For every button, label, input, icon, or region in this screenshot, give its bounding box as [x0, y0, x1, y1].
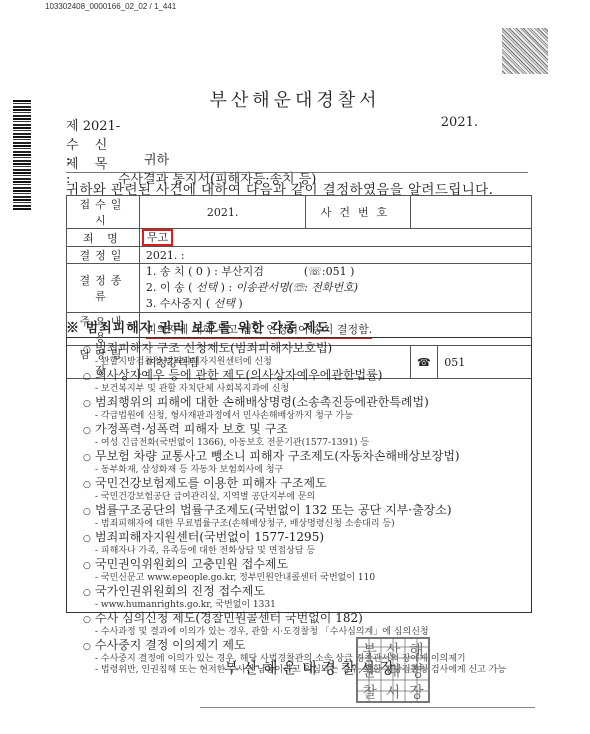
list-item: ○국민권익위원회의 고충민원 접수제도- 국민신문고 www.epeople.g… — [83, 558, 531, 584]
decision-date-value: 2021. : — [139, 247, 531, 264]
decision-date-label: 결정일 — [67, 247, 140, 264]
charge-value: 무고 — [142, 229, 173, 246]
number-value: 2021- — [83, 119, 120, 134]
received-value: 2021. — [139, 196, 306, 229]
list-item: ○국민건강보험제도를 이용한 피해자 구조제도- 국민건강보험공단 급여관리실,… — [83, 477, 531, 503]
case-no-value — [410, 196, 532, 229]
list-item: ○가정폭력·성폭력 피해자 보호 및 구조- 여성 긴급전화(국번없이 1366… — [83, 423, 531, 449]
footer-divider — [200, 707, 535, 708]
decision-type-label: 결정종류 — [67, 264, 140, 313]
received-label: 접수일시 — [67, 196, 140, 229]
decision-type-item: 1. 송 치 ( 0 ) : 부산지검(☏:051 ) — [146, 264, 525, 280]
bullet-icon: ○ — [83, 425, 95, 438]
charge-label: 죄 명 — [67, 229, 140, 247]
list-item: ○무보험 차량 교통사고 뺑소니 피해자 구조제도(자동차손해배상보장법)- 동… — [83, 450, 531, 476]
official-seal: 부산해운대경찰서장 — [356, 637, 430, 703]
barcode-image — [13, 100, 31, 210]
bullet-icon: ○ — [83, 506, 95, 519]
list-item: ○의사상자예우 등에 관한 제도(의사상자예우에관한법률)- 보건복지부 및 관… — [83, 369, 531, 395]
list-item: ○범죄피해자 구조 신청제도(범죄피해자보호법)- 관할지방검찰청 범죄피해자지… — [83, 342, 531, 368]
case-no-label: 사건번호 — [306, 196, 410, 229]
list-item: ○범죄행위의 피해에 대한 손해배상명령(소송촉진등에관한특례법)- 각급법원에… — [83, 396, 531, 422]
number-label: 제 — [66, 119, 79, 134]
seal-characters: 부산해운대경찰서장 — [358, 639, 428, 701]
bullet-icon: ○ — [83, 614, 95, 627]
bullet-icon: ○ — [83, 533, 95, 546]
list-item: ○범죄피해자지원센터(국번없이 1577-1295)- 피해자나 가족, 유족등… — [83, 531, 531, 557]
bullet-icon: ○ — [83, 344, 95, 357]
file-id: 103302408_0000166_02_02 / 1_441 — [45, 2, 176, 11]
list-item: ○법률구조공단의 법률구조제도(국번없이 132 또는 공단 지부·출장소)- … — [83, 504, 531, 530]
qr-code-image — [502, 28, 548, 74]
list-item: ○수사 심의신청 제도(경찰민원콜센터 국번없이 182)- 수사과정 및 결과… — [83, 612, 531, 638]
document-number: 제 2021- 2021. — [66, 115, 478, 134]
bullet-icon: ○ — [83, 560, 95, 573]
decision-type-list: 1. 송 치 ( 0 ) : 부산지검(☏:051 )2. 이 송 ( 선택 )… — [139, 264, 531, 313]
list-item: ○국가인권위원회의 진정 접수제도- www.humanrights.go.kr… — [83, 585, 531, 611]
bullet-icon: ○ — [83, 371, 95, 384]
bullet-icon: ○ — [83, 452, 95, 465]
document-date: 2021. — [441, 115, 478, 130]
bullet-icon: ○ — [83, 479, 95, 492]
bullet-icon: ○ — [83, 398, 95, 411]
bullet-icon: ○ — [83, 587, 95, 600]
decision-type-item: 3. 수사중지 ( 선택 ) — [146, 296, 525, 312]
document-title: 부산해운대경찰서 — [0, 86, 590, 112]
section-title: ※ 범죄피해자 권리 보호를 위한 각종 제도 — [66, 317, 330, 336]
header-divider — [66, 172, 528, 173]
victim-rights-list: ○범죄피해자 구조 신청제도(범죄피해자보호법)- 관할지방검찰청 범죄피해자지… — [66, 337, 532, 613]
decision-type-item: 2. 이 송 ( 선택 ) : 이송관서명(☏: 전화번호) — [146, 280, 525, 296]
bullet-icon: ○ — [83, 641, 95, 654]
